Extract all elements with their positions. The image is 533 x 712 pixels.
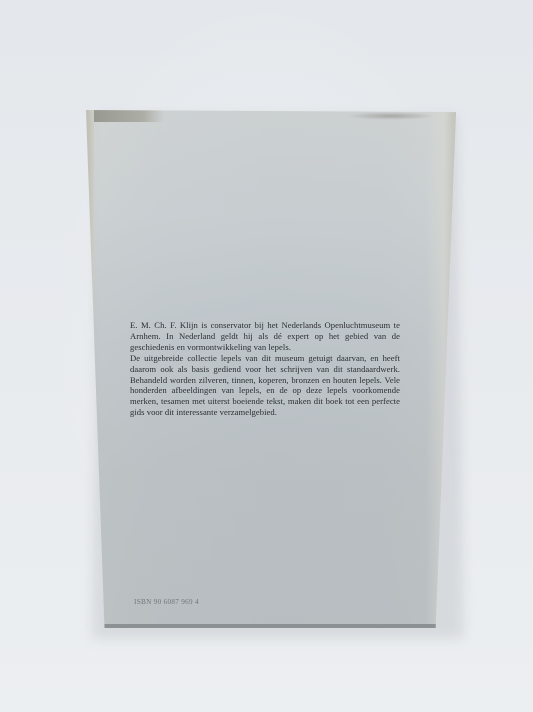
cover-top-wear	[346, 112, 436, 120]
back-cover-blurb: E. M. Ch. F. Klijn is conservator bij he…	[130, 320, 400, 418]
book-back-cover: E. M. Ch. F. Klijn is conservator bij he…	[86, 110, 456, 628]
blurb-paragraph-author: E. M. Ch. F. Klijn is conservator bij he…	[130, 320, 400, 353]
isbn-label: ISBN 90 6087 969 4	[134, 598, 199, 606]
cover-bottom-edge	[86, 624, 456, 628]
blurb-paragraph-description: De uitgebreide collectie lepels van dit …	[130, 353, 400, 418]
